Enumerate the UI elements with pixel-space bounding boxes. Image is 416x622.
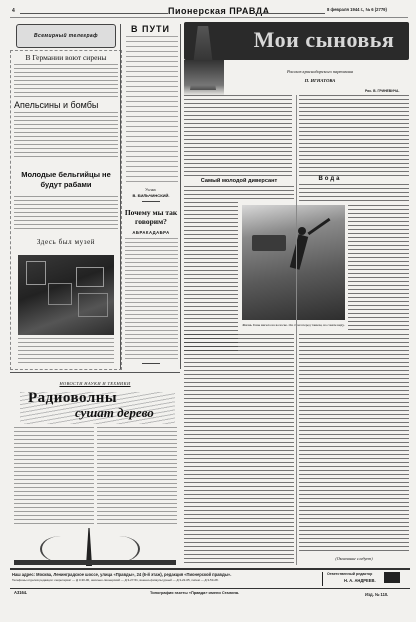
world-telegraph-rubric: Всемирный телеграф — [34, 33, 98, 39]
poem-author: В. БИЛЬЧИНСКИЙ. — [124, 193, 178, 198]
editor-name: Н. А. АНДРЕЕВ. — [344, 578, 376, 583]
footer-address: Наш адрес: Москва, Ленинградское шоссе, … — [12, 572, 320, 577]
poem-author-title: Ученик — [145, 188, 156, 192]
article-body-oranges — [14, 112, 118, 160]
emblem-icon — [384, 572, 400, 583]
story-author: П. ИГНАТОВА — [240, 78, 400, 83]
story-lower-col1 — [184, 334, 294, 564]
code-left: А3164. — [14, 590, 27, 595]
continued-note: (Окончание следует) — [299, 556, 409, 561]
footer-phones: Телефоны отделов редакции: секретариат —… — [12, 578, 320, 582]
article-body-sirens — [14, 64, 118, 98]
empty-frame-icon — [26, 261, 46, 285]
poem-title: В ПУТИ — [123, 24, 178, 34]
ground-illustration — [14, 560, 176, 565]
article-headline-sirens: В Германии воют сирены — [14, 53, 118, 62]
illustrator-credit: Рис. В. ГРИНЕВИЧА. — [365, 89, 399, 93]
museum-photo-caption — [18, 338, 114, 364]
empty-frame-icon — [48, 283, 72, 305]
voda-body — [299, 184, 409, 204]
issue-date: 8 февраля 1944 г., № 6 (2779) — [327, 7, 387, 12]
printer-info: Типография газеты «Правда» имени Сталина… — [150, 590, 239, 595]
science-col1-text — [14, 427, 94, 527]
diversant-body — [184, 202, 238, 352]
masthead-rule-right — [255, 13, 325, 14]
story-right-narrow-text — [348, 205, 409, 330]
voda-headline: Вода — [310, 176, 350, 182]
separator-ornament — [142, 363, 160, 366]
masthead-rule-left — [20, 13, 168, 14]
feature-subhead: АБРАКАДАБРА — [122, 230, 180, 235]
empty-frame-icon — [76, 267, 104, 287]
section-divider — [10, 372, 180, 373]
monument-steps-illustration — [184, 60, 224, 96]
boy-head-illustration — [298, 227, 306, 235]
footer-top-rule — [10, 568, 410, 570]
story-col2-text — [299, 95, 409, 177]
story-title-banner: Мои сыновья — [184, 22, 409, 60]
footer-rule — [322, 572, 323, 586]
diversant-lead — [184, 186, 294, 200]
editor-label: Ответственный редактор — [327, 572, 372, 576]
column-rule — [180, 24, 181, 369]
page-number: 4 — [12, 8, 15, 14]
feature-headline: Почему мы так говорим? — [122, 208, 180, 226]
science-headline-2: сушат дерево — [75, 405, 154, 421]
story-col1-text — [184, 95, 292, 177]
radio-wave-icon — [40, 536, 82, 562]
column-rule — [120, 24, 121, 369]
separator-ornament — [142, 201, 160, 204]
boy-figure-illustration — [290, 234, 308, 269]
battle-illustration — [242, 205, 345, 320]
empty-frame-icon — [78, 293, 108, 317]
poem-lines — [126, 36, 178, 186]
code-right: Изд. № 110. — [365, 592, 388, 597]
article-headline-oranges: Апельсины и бомбы — [14, 100, 118, 110]
tank-icon — [252, 235, 286, 251]
museum-photo — [18, 255, 114, 335]
story-lower-col2 — [299, 334, 409, 552]
diversant-headline: Самый молодой диверсант — [184, 178, 294, 184]
article-headline-museum: Здесь был музей — [14, 238, 118, 246]
masthead-divider — [10, 17, 408, 18]
footer-bottom-rule — [10, 588, 410, 589]
feature-body — [125, 238, 178, 360]
newspaper-title: Пионерская ПРАВДА — [168, 6, 270, 16]
story-title: Мои сыновья — [244, 26, 404, 54]
column-rule — [296, 95, 297, 565]
radio-wave-icon — [98, 536, 140, 562]
world-telegraph-banner: Всемирный телеграф — [16, 24, 116, 48]
story-subtitle: Рассказ краснодарского партизана — [240, 69, 400, 74]
illustration-caption: Жизнь Гены висела на волоске. Он стоял п… — [242, 323, 345, 327]
science-col2-text — [97, 427, 177, 527]
article-body-belgians — [14, 196, 118, 232]
boy-arm-illustration — [307, 218, 330, 235]
science-rubric: НОВОСТИ НАУКИ И ТЕХНИКИ — [10, 381, 180, 386]
article-headline-belgians: Молодые бельгийцы не будут рабами — [14, 170, 118, 190]
